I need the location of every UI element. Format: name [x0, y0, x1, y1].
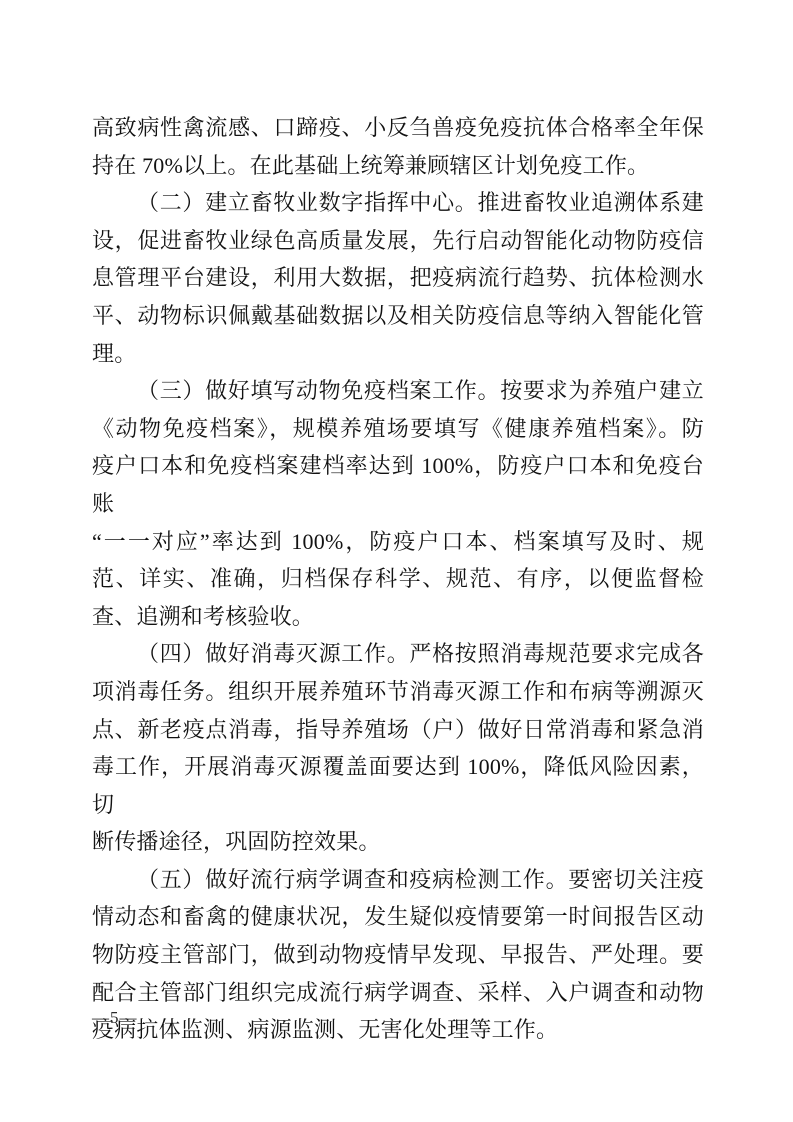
page-number: —5— — [92, 1008, 138, 1028]
text-line-22: 配合主管部门组织完成流行病学调查、采样、入户调查和动物 — [92, 974, 704, 1012]
text-line-14: （四）做好消毒灭源工作。严格按照消毒规范要求完成各 — [92, 635, 704, 673]
text-line-13: 查、追溯和考核验收。 — [92, 598, 704, 636]
text-line-2: 持在 70%以上。在此基础上统筹兼顾辖区计划免疫工作。 — [92, 147, 704, 185]
text-line-4: 设，促进畜牧业绿色高质量发展，先行启动智能化动物防疫信 — [92, 222, 704, 260]
text-line-23: 疫病抗体监测、病源监测、无害化处理等工作。 — [92, 1011, 704, 1049]
text-line-17: 毒工作，开展消毒灭源覆盖面要达到 100%，降低风险因素，切 — [92, 748, 704, 823]
text-line-20: 情动态和畜禽的健康状况，发生疑似疫情要第一时间报告区动 — [92, 898, 704, 936]
document-page: 高致病性禽流感、口蹄疫、小反刍兽疫免疫抗体合格率全年保持在 70%以上。在此基础… — [0, 0, 793, 1122]
text-line-19: （五）做好流行病学调查和疫病检测工作。要密切关注疫 — [92, 861, 704, 899]
text-line-18: 断传播途径，巩固防控效果。 — [92, 823, 704, 861]
text-line-16: 点、新老疫点消毒，指导养殖场（户）做好日常消毒和紧急消 — [92, 711, 704, 749]
text-line-9: 《动物免疫档案》，规模养殖场要填写《健康养殖档案》。防 — [92, 410, 704, 448]
text-line-15: 项消毒任务。组织开展养殖环节消毒灭源工作和布病等溯源灭 — [92, 673, 704, 711]
text-line-1: 高致病性禽流感、口蹄疫、小反刍兽疫免疫抗体合格率全年保 — [92, 109, 704, 147]
text-line-12: 范、详实、准确，归档保存科学、规范、有序，以便监督检 — [92, 560, 704, 598]
text-line-21: 物防疫主管部门，做到动物疫情早发现、早报告、严处理。要 — [92, 936, 704, 974]
text-line-8: （三）做好填写动物免疫档案工作。按要求为养殖户建立 — [92, 372, 704, 410]
document-body: 高致病性禽流感、口蹄疫、小反刍兽疫免疫抗体合格率全年保持在 70%以上。在此基础… — [92, 109, 704, 1049]
text-line-5: 息管理平台建设，利用大数据，把疫病流行趋势、抗体检测水 — [92, 259, 704, 297]
text-line-11: “一一对应”率达到 100%，防疫户口本、档案填写及时、规 — [92, 523, 704, 561]
text-line-3: （二）建立畜牧业数字指挥中心。推进畜牧业追溯体系建 — [92, 184, 704, 222]
text-line-7: 理。 — [92, 335, 704, 373]
text-line-10: 疫户口本和免疫档案建档率达到 100%，防疫户口本和免疫台账 — [92, 447, 704, 522]
text-line-6: 平、动物标识佩戴基础数据以及相关防疫信息等纳入智能化管 — [92, 297, 704, 335]
